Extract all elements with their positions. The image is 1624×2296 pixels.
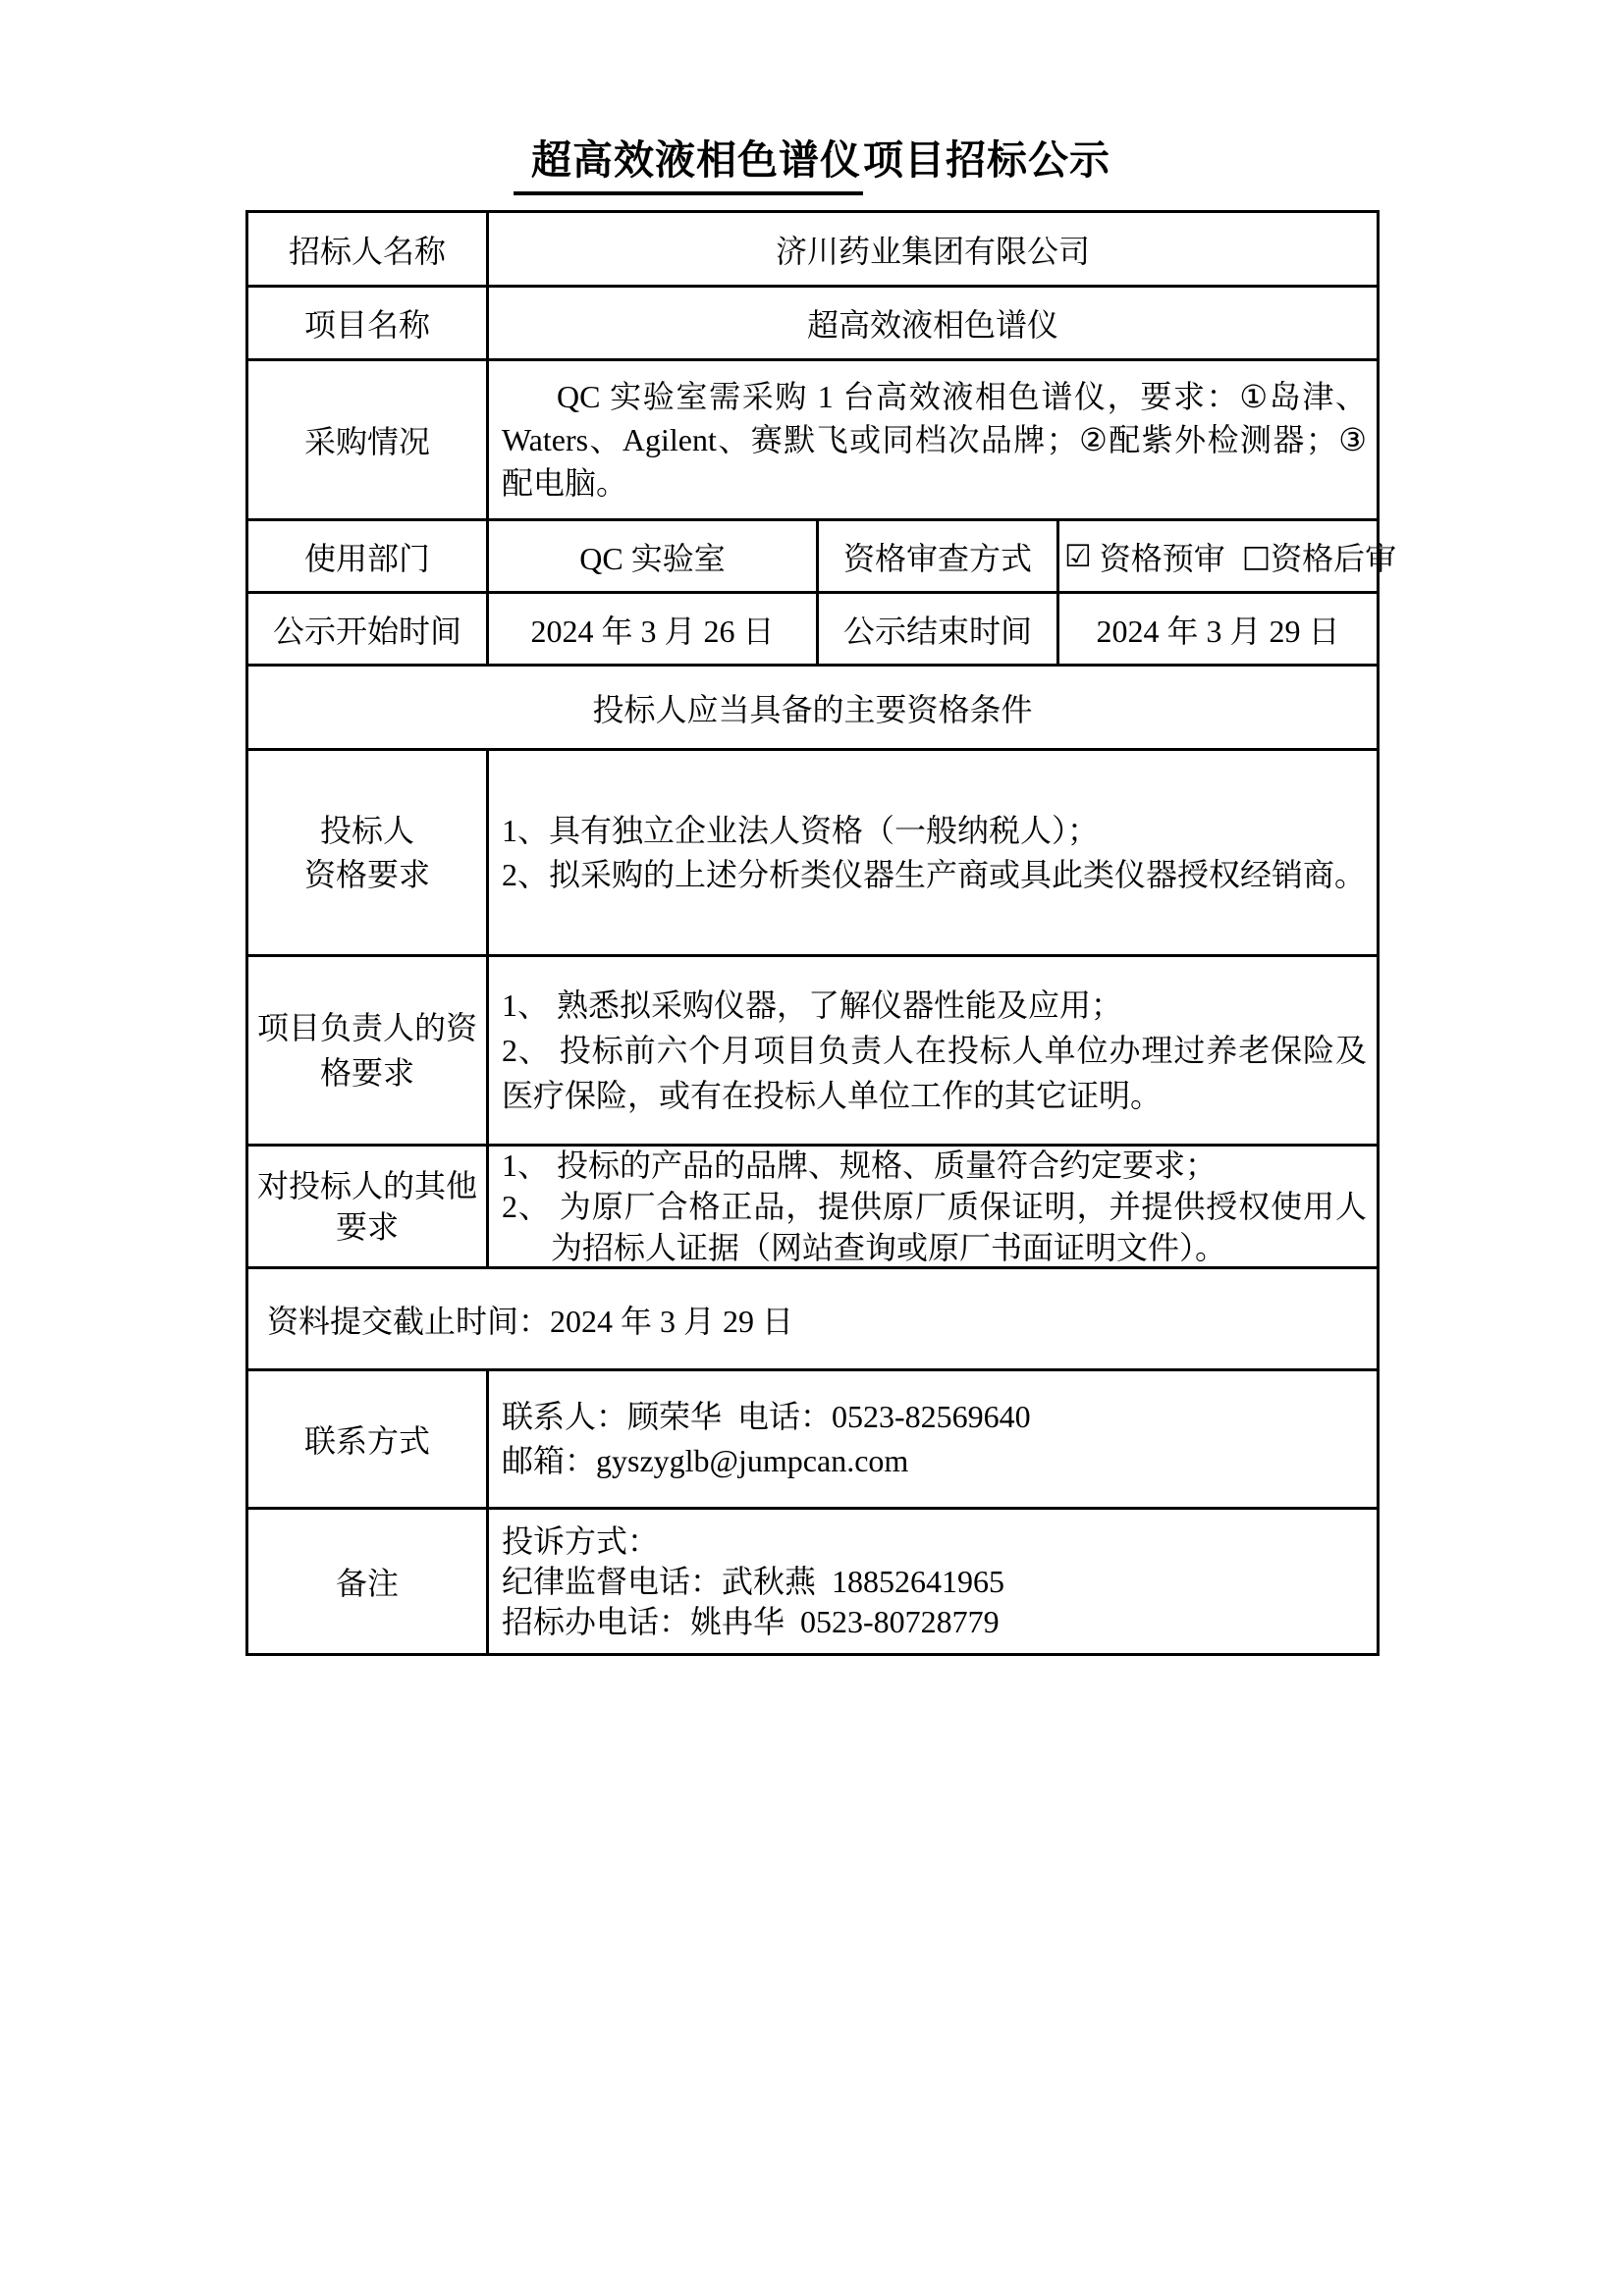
table-row: 备注 投诉方式： 纪律监督电话：武秋燕 18852641965 招标办电话：姚冉… [248, 1510, 1377, 1653]
contact-person-phone: 联系人：顾荣华 电话：0523-82569640 [502, 1395, 1367, 1439]
manager-qualification-item: 1、 熟悉拟采购仪器，了解仪器性能及应用； [502, 983, 1367, 1028]
contact-label: 联系方式 [248, 1371, 489, 1507]
project-name-value: 超高效液相色谱仪 [489, 288, 1377, 358]
complaint-method: 投诉方式： [502, 1522, 1367, 1562]
publicity-end-value: 2024 年 3 月 29 日 [1059, 594, 1377, 664]
table-row: 对投标人的其他 要求 1、 投标的产品的品牌、规格、质量符合约定要求； 2、 为… [248, 1147, 1377, 1269]
qualification-section-header: 投标人应当具备的主要资格条件 [248, 667, 1377, 748]
other-requirements-item: 1、 投标的产品的品牌、规格、质量符合约定要求； [502, 1145, 1367, 1186]
table-row: 项目名称 超高效液相色谱仪 [248, 288, 1377, 361]
contact-value: 联系人：顾荣华 电话：0523-82569640 邮箱：gyszyglb@jum… [489, 1371, 1377, 1507]
review-method-value: ☑ 资格预审□资格后审 [1059, 521, 1396, 591]
manager-qualification-label: 项目负责人的资 格要求 [248, 957, 489, 1144]
other-requirements-value: 1、 投标的产品的品牌、规格、质量符合约定要求； 2、 为原厂合格正品，提供原厂… [489, 1147, 1377, 1266]
manager-qualification-value: 1、 熟悉拟采购仪器，了解仪器性能及应用； 2、 投标前六个月项目负责人在投标人… [489, 957, 1377, 1144]
publicity-start-value: 2024 年 3 月 26 日 [489, 594, 819, 664]
table-row: 项目负责人的资 格要求 1、 熟悉拟采购仪器，了解仪器性能及应用； 2、 投标前… [248, 957, 1377, 1147]
review-method-label: 资格审查方式 [819, 521, 1059, 591]
department-label: 使用部门 [248, 521, 489, 591]
publicity-start-label: 公示开始时间 [248, 594, 489, 664]
other-requirements-label: 对投标人的其他 要求 [248, 1147, 489, 1266]
project-name-label: 项目名称 [248, 288, 489, 358]
remark-value: 投诉方式： 纪律监督电话：武秋燕 18852641965 招标办电话：姚冉华 0… [489, 1510, 1377, 1653]
table-row: 投标人应当具备的主要资格条件 [248, 667, 1377, 751]
discipline-phone: 纪律监督电话：武秋燕 18852641965 [502, 1562, 1367, 1602]
bidder-qualification-value: 1、具有独立企业法人资格（一般纳税人）； 2、拟采购的上述分析类仪器生产商或具此… [489, 751, 1377, 954]
table-row: 资料提交截止时间：2024 年 3 月 29 日 [248, 1269, 1377, 1371]
page-title: 超高效液相色谱仪项目招标公示 [0, 128, 1624, 195]
manager-qualification-item: 2、 投标前六个月项目负责人在投标人单位办理过养老保险及医疗保险，或有在投标人单… [502, 1028, 1367, 1118]
checkbox-unchecked-icon: □ [1242, 539, 1271, 574]
contact-email: 邮箱：gyszyglb@jumpcan.com [502, 1439, 1367, 1483]
pre-review-option-label: 资格预审 [1100, 534, 1225, 579]
procurement-text: QC 实验室需采购 1 台高效液相色谱仪，要求：①岛津、Waters、Agile… [502, 375, 1367, 505]
bidder-name-value: 济川药业集团有限公司 [489, 213, 1377, 285]
remark-label: 备注 [248, 1510, 489, 1653]
post-review-option-label: 资格后审 [1271, 534, 1396, 579]
submission-deadline: 资料提交截止时间：2024 年 3 月 29 日 [248, 1269, 1377, 1368]
other-requirements-item: 2、 为原厂合格正品，提供原厂质保证明，并提供授权使用人为招标人证据（网站查询或… [502, 1186, 1367, 1268]
publicity-end-label: 公示结束时间 [819, 594, 1059, 664]
procurement-value: QC 实验室需采购 1 台高效液相色谱仪，要求：①岛津、Waters、Agile… [489, 361, 1377, 518]
tender-table: 招标人名称 济川药业集团有限公司 项目名称 超高效液相色谱仪 采购情况 QC 实… [245, 210, 1380, 1656]
bidder-qualification-item: 1、具有独立企业法人资格（一般纳税人）； [502, 809, 1367, 853]
procurement-label: 采购情况 [248, 361, 489, 518]
table-row: 招标人名称 济川药业集团有限公司 [248, 213, 1377, 288]
bidder-qualification-label: 投标人 资格要求 [248, 751, 489, 954]
tender-office-phone: 招标办电话：姚冉华 0523-80728779 [502, 1602, 1367, 1642]
page-title-rest: 项目招标公示 [863, 137, 1110, 183]
table-row: 使用部门 QC 实验室 资格审查方式 ☑ 资格预审□资格后审 [248, 521, 1377, 594]
checkbox-checked-icon: ☑ [1064, 539, 1092, 574]
bidder-qualification-item: 2、拟采购的上述分析类仪器生产商或具此类仪器授权经销商。 [502, 853, 1367, 897]
table-row: 投标人 资格要求 1、具有独立企业法人资格（一般纳税人）； 2、拟采购的上述分析… [248, 751, 1377, 957]
department-value: QC 实验室 [489, 521, 819, 591]
bidder-name-label: 招标人名称 [248, 213, 489, 285]
table-row: 公示开始时间 2024 年 3 月 26 日 公示结束时间 2024 年 3 月… [248, 594, 1377, 667]
document-page: 超高效液相色谱仪项目招标公示 招标人名称 济川药业集团有限公司 项目名称 超高效… [0, 0, 1624, 2296]
page-title-underlined: 超高效液相色谱仪 [514, 128, 863, 195]
table-row: 联系方式 联系人：顾荣华 电话：0523-82569640 邮箱：gyszygl… [248, 1371, 1377, 1510]
table-row: 采购情况 QC 实验室需采购 1 台高效液相色谱仪，要求：①岛津、Waters、… [248, 361, 1377, 521]
